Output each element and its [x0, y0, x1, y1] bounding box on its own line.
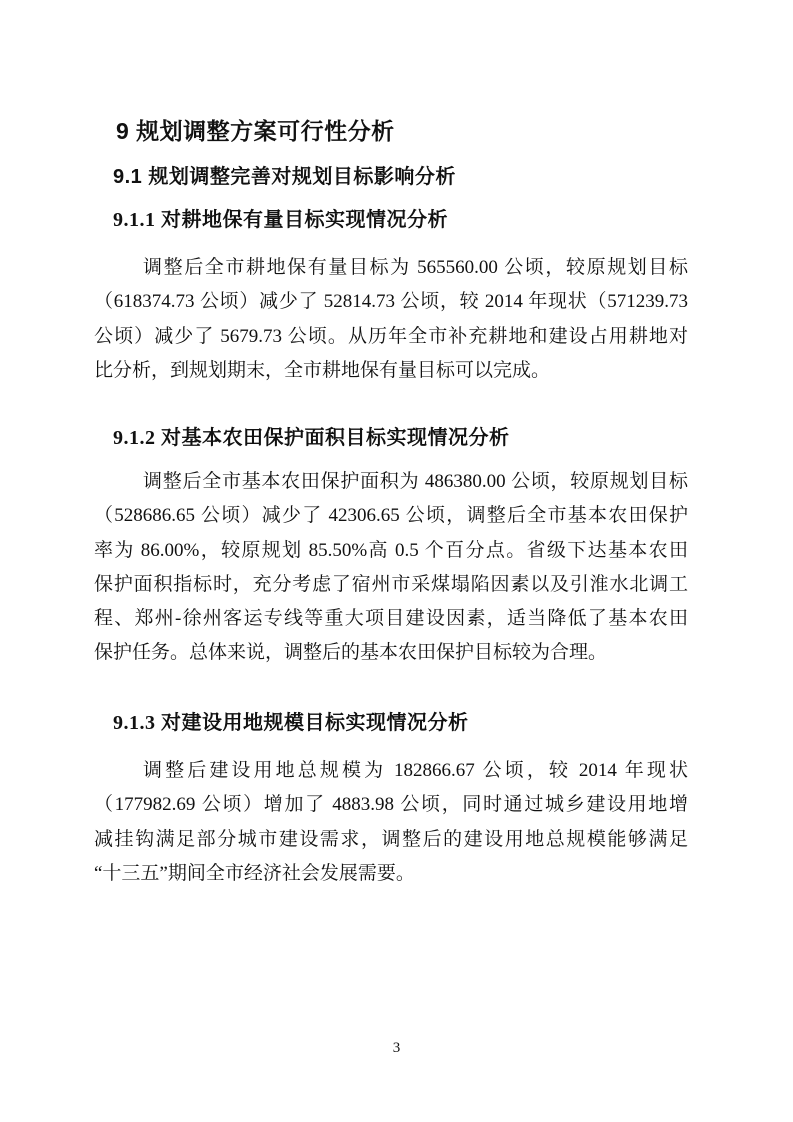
section-heading: 9.1 规划调整完善对规划目标影响分析: [94, 163, 707, 191]
text-line: 公顷）减少了 5679.73 公顷。从历年全市补充耕地和建设占用耕地对: [94, 320, 688, 354]
text-line: （177982.69 公顷）增加了 4883.98 公顷，同时通过城乡建设用地增: [94, 788, 688, 822]
text-line: 调整后全市耕地保有量目标为 565560.00 公顷，较原规划目标: [94, 251, 688, 285]
text-line: 率为 86.00%，较原规划 85.50%高 0.5 个百分点。省级下达基本农田: [94, 534, 688, 568]
subsection-heading-9-1-1: 9.1.1 对耕地保有量目标实现情况分析: [94, 206, 707, 234]
text-line: （618374.73 公顷）减少了 52814.73 公顷，较 2014 年现状…: [94, 285, 688, 319]
paragraph-basic-farmland: 调整后全市基本农田保护面积为 486380.00 公顷，较原规划目标（52868…: [94, 465, 688, 671]
text-line: （528686.65 公顷）减少了 42306.65 公顷，调整后全市基本农田保…: [94, 499, 688, 533]
subsection-heading-9-1-3: 9.1.3 对建设用地规模目标实现情况分析: [94, 709, 707, 737]
text-line: 保护面积指标时，充分考虑了宿州市采煤塌陷因素以及引淮水北调工: [94, 568, 688, 602]
text-line: 程、郑州-徐州客运专线等重大项目建设因素，适当降低了基本农田: [94, 602, 688, 636]
chapter-heading: 9 规划调整方案可行性分析: [94, 116, 710, 146]
text-line: “十三五”期间全市经济社会发展需要。: [94, 857, 688, 891]
text-line: 减挂钩满足部分城市建设需求，调整后的建设用地总规模能够满足: [94, 823, 688, 857]
document-page: 9 规划调整方案可行性分析 9.1 规划调整完善对规划目标影响分析 9.1.1 …: [0, 0, 793, 1122]
subsection-heading-9-1-2: 9.1.2 对基本农田保护面积目标实现情况分析: [94, 424, 707, 452]
text-line: 调整后建设用地总规模为 182866.67 公顷，较 2014 年现状: [94, 754, 688, 788]
page-number: 3: [0, 1038, 793, 1058]
text-line: 比分析，到规划期末，全市耕地保有量目标可以完成。: [94, 354, 688, 388]
text-line: 调整后全市基本农田保护面积为 486380.00 公顷，较原规划目标: [94, 465, 688, 499]
paragraph-cultivated-land: 调整后全市耕地保有量目标为 565560.00 公顷，较原规划目标（618374…: [94, 251, 688, 388]
text-line: 保护任务。总体来说，调整后的基本农田保护目标较为合理。: [94, 636, 688, 670]
paragraph-construction-land: 调整后建设用地总规模为 182866.67 公顷，较 2014 年现状（1779…: [94, 754, 688, 891]
